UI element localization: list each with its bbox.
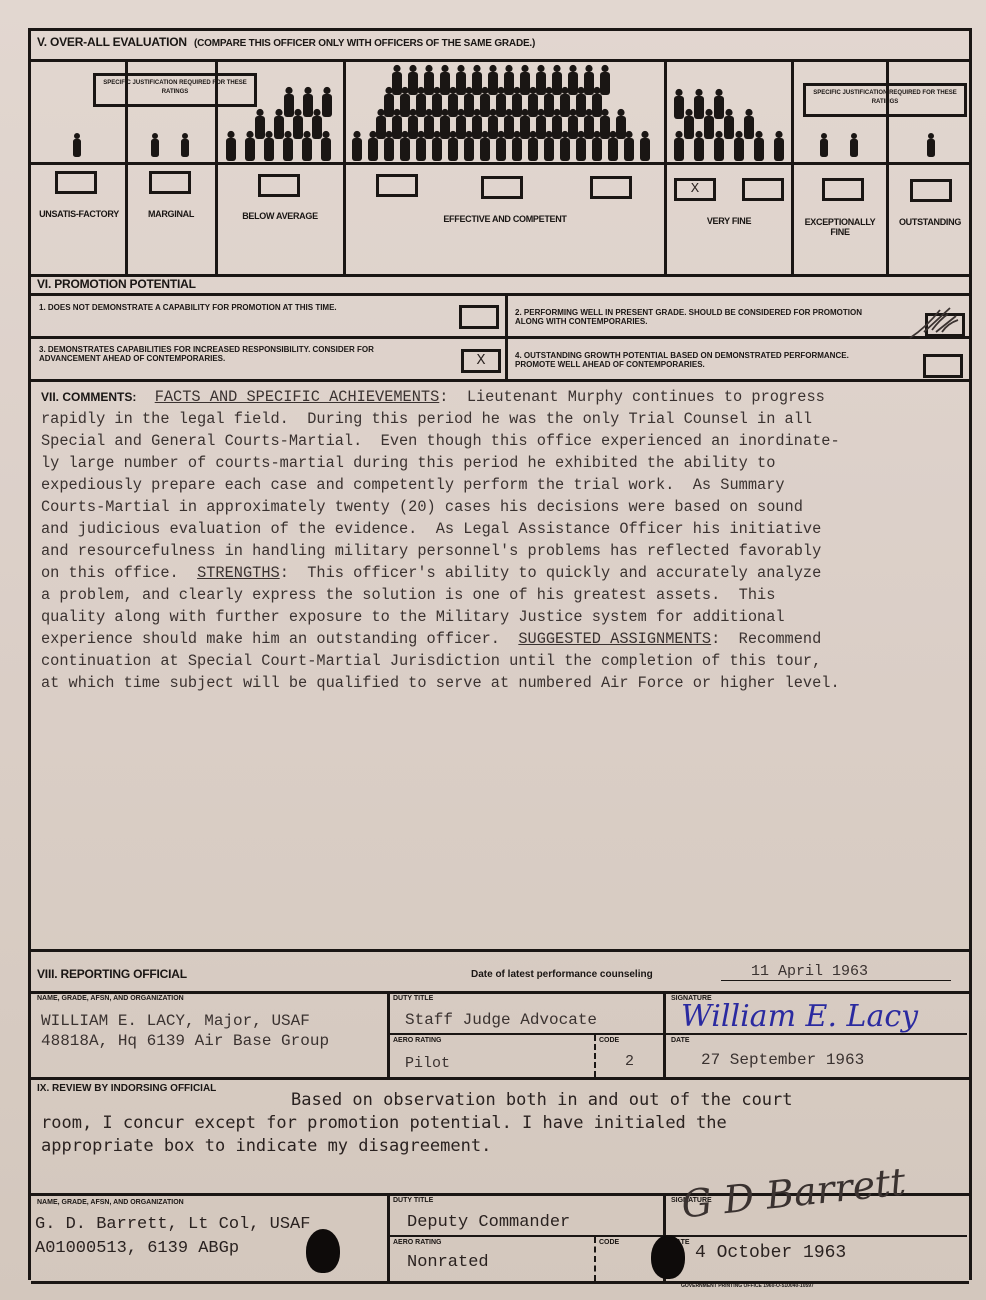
label-very-fine: VERY FINE (667, 216, 791, 226)
counseling-date-value: 11 April 1963 (721, 963, 951, 981)
indorsing-name-line1: G. D. Barrett, Lt Col, USAF (35, 1213, 310, 1237)
bell-curve-figures-icon (31, 61, 969, 163)
reporting-name-line2: 48818A, Hq 6139 Air Base Group (41, 1031, 329, 1051)
rating-box-below-average[interactable] (258, 174, 300, 197)
promotion-option-4: 4. OUTSTANDING GROWTH POTENTIAL BASED ON… (515, 351, 885, 369)
promotion-option-1: 1. DOES NOT DEMONSTRATE A CAPABILITY FOR… (39, 303, 429, 312)
reporting-code-value: 2 (625, 1053, 634, 1070)
section-vi-title: VI. PROMOTION POTENTIAL (37, 277, 196, 291)
section-vii-title: VII. COMMENTS: (41, 390, 136, 404)
promotion-box-3[interactable]: X (461, 349, 501, 373)
reporting-signature: William E. Lacy (681, 999, 918, 1034)
comments-body: VII. COMMENTS: FACTS AND SPECIFIC ACHIEV… (41, 386, 961, 694)
indorsing-aero-label: AERO RATING (393, 1239, 441, 1246)
label-below-average: BELOW AVERAGE (218, 211, 342, 221)
promotion-box-2[interactable] (925, 313, 965, 337)
label-unsatisfactory: UNSATIS-FACTORY (35, 209, 123, 219)
indorsing-code-label: CODE (599, 1239, 619, 1246)
section-v-subtitle: (Compare this officer ONLY with officers… (194, 38, 535, 49)
section-v-header: V. OVER-ALL EVALUATION (Compare this off… (37, 35, 535, 49)
promotion-option-3: 3. DEMONSTRATES CAPABILITIES FOR INCREAS… (39, 345, 429, 363)
rating-box-effective-3[interactable] (590, 176, 632, 199)
reporting-code-label: CODE (599, 1037, 619, 1044)
reporting-date-label: DATE (671, 1037, 690, 1044)
reporting-name-label: NAME, GRADE, AFSN, AND ORGANIZATION (37, 995, 184, 1002)
indorsing-name-label: NAME, GRADE, AFSN, AND ORGANIZATION (37, 1199, 184, 1206)
indorsing-duty-label: DUTY TITLE (393, 1197, 433, 1204)
indorsing-duty-value: Deputy Commander (407, 1213, 570, 1232)
rating-box-outstanding[interactable] (910, 179, 952, 202)
reporting-aero-value: Pilot (405, 1055, 450, 1072)
label-exceptionally-fine: EXCEPTIONALLY FINE (794, 217, 886, 237)
heading-strengths: STRENGTHS (197, 564, 280, 582)
indorsing-name-line2: A01000513, 6139 ABGp (35, 1237, 310, 1261)
rating-box-marginal[interactable] (149, 171, 191, 194)
heading-facts: FACTS AND SPECIFIC ACHIEVEMENTS (155, 388, 440, 406)
reporting-aero-label: AERO RATING (393, 1037, 441, 1044)
indorsing-aero-value: Nonrated (407, 1253, 489, 1272)
rating-box-very-fine-1[interactable]: X (674, 178, 716, 201)
reporting-date-value: 27 September 1963 (701, 1051, 864, 1069)
indorsing-signature: G D Barrett (679, 1159, 907, 1226)
printer-line: GOVERNMENT PRINTING OFFICE 1960-O-510040… (681, 1283, 814, 1289)
section-viii-title: VIII. REPORTING OFFICIAL (37, 967, 187, 981)
reporting-duty-value: Staff Judge Advocate (405, 1011, 597, 1029)
promotion-option-2: 2. PERFORMING WELL IN PRESENT GRADE. SHO… (515, 308, 885, 326)
promotion-box-1[interactable] (459, 305, 499, 329)
rating-box-unsatisfactory[interactable] (55, 171, 97, 194)
rating-box-exceptionally-fine[interactable] (822, 178, 864, 201)
evaluation-form: V. OVER-ALL EVALUATION (Compare this off… (28, 28, 972, 1280)
reporting-duty-label: DUTY TITLE (393, 995, 433, 1002)
punch-hole-icon (651, 1235, 685, 1279)
indorsing-date-value: 4 October 1963 (695, 1243, 846, 1263)
reporting-name-block: WILLIAM E. LACY, Major, USAF 48818A, Hq … (41, 1011, 329, 1051)
document-page: V. OVER-ALL EVALUATION (Compare this off… (0, 0, 986, 1300)
label-marginal: MARGINAL (128, 209, 214, 219)
label-outstanding: OUTSTANDING (889, 217, 971, 227)
counseling-date-label: Date of latest performance counseling (471, 969, 653, 980)
label-effective-competent: EFFECTIVE AND COMPETENT (346, 214, 664, 224)
rating-box-effective-1[interactable] (376, 174, 418, 197)
section-v-title: V. OVER-ALL EVALUATION (37, 35, 187, 49)
heading-suggested-assignments: SUGGESTED ASSIGNMENTS (518, 630, 711, 648)
rating-box-effective-2[interactable] (481, 176, 523, 199)
rating-box-very-fine-2[interactable] (742, 178, 784, 201)
reporting-name-line1: WILLIAM E. LACY, Major, USAF (41, 1011, 329, 1031)
indorsing-name-block: G. D. Barrett, Lt Col, USAF A01000513, 6… (35, 1213, 310, 1261)
initials-mark-icon (906, 302, 966, 342)
indorsement-text: Based on observation both in and out of … (41, 1089, 941, 1158)
punch-hole-icon (306, 1229, 340, 1273)
promotion-box-4[interactable] (923, 354, 963, 378)
